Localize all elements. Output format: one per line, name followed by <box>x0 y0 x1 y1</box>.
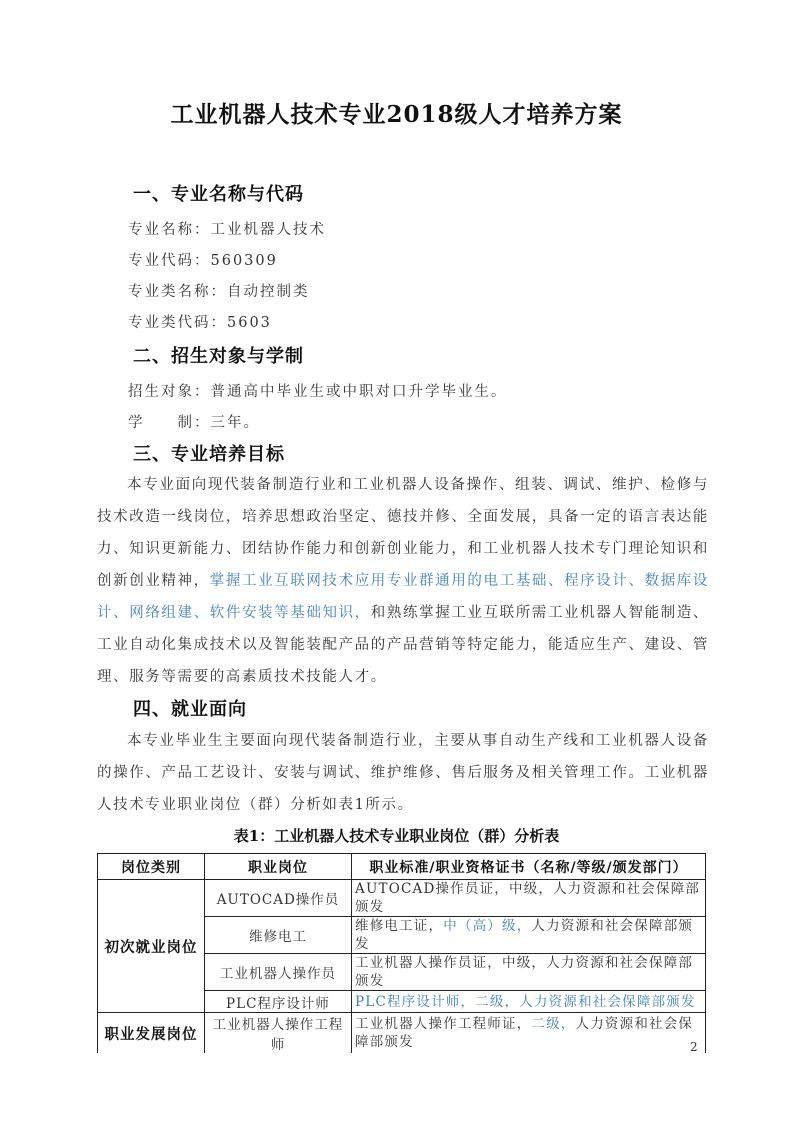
section-heading-3: 三、专业培养目标 <box>133 440 285 466</box>
section-heading-2: 二、招生对象与学制 <box>133 342 304 368</box>
certificate-cell: AUTOCAD操作员证，中级，人力资源和社会保障部颁发 <box>352 880 706 917</box>
certificate-text: AUTOCAD操作员证，中级，人力资源和社会保障部颁发 <box>355 881 700 915</box>
position-cell: 维修电工 <box>205 917 352 954</box>
training-goal-paragraph: 本专业面向现代装备制造行业和工业机器人设备操作、组装、调试、维护、检修与技术改造… <box>97 469 709 693</box>
certificate-cell: 工业机器人操作工程师证，二级，人力资源和社会保障部颁发 <box>352 1013 706 1054</box>
header-certificate: 职业标准/职业资格证书（名称/等级/颁发部门） <box>352 854 706 880</box>
major-name-line: 专业名称：工业机器人技术 <box>128 218 326 239</box>
table-header-row: 岗位类别 职业岗位 职业标准/职业资格证书（名称/等级/颁发部门） <box>98 854 706 880</box>
document-page: 工业机器人技术专业2018级人才培养方案 一、专业名称与代码 专业名称：工业机器… <box>0 0 793 1122</box>
major-category-name-line: 专业类名称：自动控制类 <box>128 280 310 301</box>
certificate-highlight: PLC程序设计师，二级，人力资源和社会保障部颁发 <box>355 994 696 1010</box>
table-row: 初次就业岗位 AUTOCAD操作员 AUTOCAD操作员证，中级，人力资源和社会… <box>98 880 706 917</box>
certificate-highlight: 中（高）级， <box>443 918 531 934</box>
certificate-cell: 工业机器人操作员证，中级，人力资源和社会保障部颁发 <box>352 954 706 991</box>
certificate-text: 工业机器人操作工程师证， <box>355 1016 531 1032</box>
section-heading-1: 一、专业名称与代码 <box>133 180 304 206</box>
position-cell: 工业机器人操作员 <box>205 954 352 991</box>
header-position: 职业岗位 <box>205 854 352 880</box>
certificate-cell: 维修电工证，中（高）级，人力资源和社会保障部颁发 <box>352 917 706 954</box>
table-row: 职业发展岗位 工业机器人操作工程师 工业机器人操作工程师证，二级，人力资源和社会… <box>98 1013 706 1054</box>
study-duration-line: 学 制：三年。 <box>128 411 260 432</box>
section-heading-4: 四、就业面向 <box>133 695 247 721</box>
certificate-highlight: 二级， <box>531 1016 575 1032</box>
page-number: 2 <box>690 1040 698 1054</box>
position-cell: 工业机器人操作工程师 <box>205 1013 352 1054</box>
header-category: 岗位类别 <box>98 854 205 880</box>
employment-text: 本专业毕业生主要面向现代装备制造行业，主要从事自动生产线和工业机器人设备的操作、… <box>97 733 709 813</box>
certificate-text: 工业机器人操作员证，中级，人力资源和社会保障部颁发 <box>355 955 693 989</box>
certificate-cell: PLC程序设计师，二级，人力资源和社会保障部颁发 <box>352 991 706 1013</box>
career-analysis-table: 岗位类别 职业岗位 职业标准/职业资格证书（名称/等级/颁发部门） 初次就业岗位… <box>97 853 706 1053</box>
category-cell: 初次就业岗位 <box>98 880 205 1013</box>
certificate-text: 维修电工证， <box>355 918 443 934</box>
major-code-line: 专业代码：560309 <box>128 249 278 270</box>
document-title: 工业机器人技术专业2018级人才培养方案 <box>0 96 793 129</box>
major-category-code-line: 专业类代码：5603 <box>128 311 272 332</box>
position-cell: PLC程序设计师 <box>205 991 352 1013</box>
position-cell: AUTOCAD操作员 <box>205 880 352 917</box>
table-caption: 表1：工业机器人技术专业职业岗位（群）分析表 <box>0 825 793 846</box>
category-cell: 职业发展岗位 <box>98 1013 205 1054</box>
employment-paragraph: 本专业毕业生主要面向现代装备制造行业，主要从事自动生产线和工业机器人设备的操作、… <box>97 725 709 821</box>
enrollment-target-line: 招生对象：普通高中毕业生或中职对口升学毕业生。 <box>128 380 508 401</box>
